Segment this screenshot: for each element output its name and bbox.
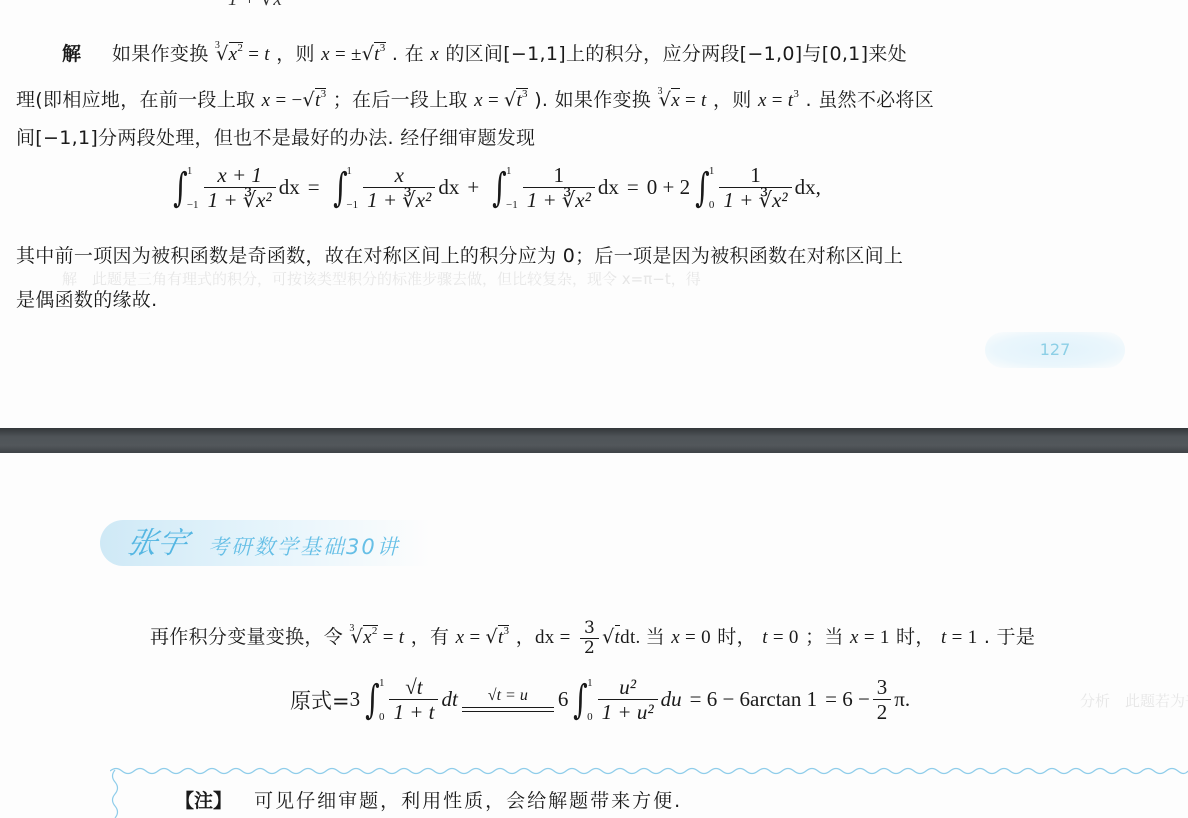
bleed-through-text: 分析 此题若为普通·······的反函数 [1080, 690, 1188, 711]
book-title: 考研数学基础30讲 [208, 531, 400, 561]
note-line: 【注】 可见仔细审题，利用性质，会给解题带来方便. [175, 786, 682, 813]
wavy-border-icon [110, 766, 120, 818]
solution-line-3: 间[−1,1]分两段处理，但也不是最好的办法. 经仔细审题发现 [16, 126, 535, 150]
bleed-through-text: 解 此题是三角有理式的积分，可按该类型积分的标准步骤去做，但比较复杂，现令 x=… [62, 268, 701, 289]
equation-2: 原式= 3 ∫10 √t1 + t dt √t = u 6 ∫10 u²1 + … [290, 676, 910, 723]
cutoff-formula-fragment: 1 + ∛x [228, 0, 282, 12]
solution-label: 解 [62, 43, 81, 65]
equation-1: ∫1−1 x + 11 + ∛x² dx = ∫1−1 x1 + ∛x² dx … [168, 164, 821, 211]
solution-line-2: 理(即相应地，在前一段上取 x = −√t3 ；在后一段上取 x = √t3 )… [16, 80, 934, 113]
solution-line-1: 解 如果作变换 3√x2 = t ，则 x = ±√t3 . 在 x 的区间[−… [62, 34, 907, 67]
note-text: 可见仔细审题，利用性质，会给解题带来方便. [254, 790, 682, 812]
integral-sign: ∫1−1 [330, 165, 359, 211]
top-page: 1 + ∛x 解 此题是三角有理式的积分，可按该类型积分的标准步骤去做，但比较复… [0, 0, 1188, 428]
author-signature-logo: 张宇 [123, 518, 192, 562]
substitution-arrow: √t = u [462, 687, 554, 712]
page-divider-bar [0, 428, 1188, 453]
integral-sign: ∫1−1 [489, 165, 518, 211]
note-label: 【注】 [175, 790, 232, 812]
substitution-line: 再作积分变量变换，令 3√x2 = t ，有 x = √t3 ，dx = 32√… [150, 617, 1035, 657]
explanation-line-1: 其中前一项因为被积函数是奇函数，故在对称区间上的积分应为 0；后一项是因为被积函… [16, 244, 903, 268]
integral-sign: ∫10 [570, 677, 592, 723]
page-number-badge: 127 [985, 332, 1125, 368]
explanation-line-2: 是偶函数的缘故. [16, 288, 157, 312]
wavy-border-icon [110, 766, 1188, 776]
integral-sign: ∫10 [692, 165, 714, 211]
integral-sign: ∫1−1 [170, 165, 199, 211]
integral-sign: ∫10 [362, 677, 384, 723]
